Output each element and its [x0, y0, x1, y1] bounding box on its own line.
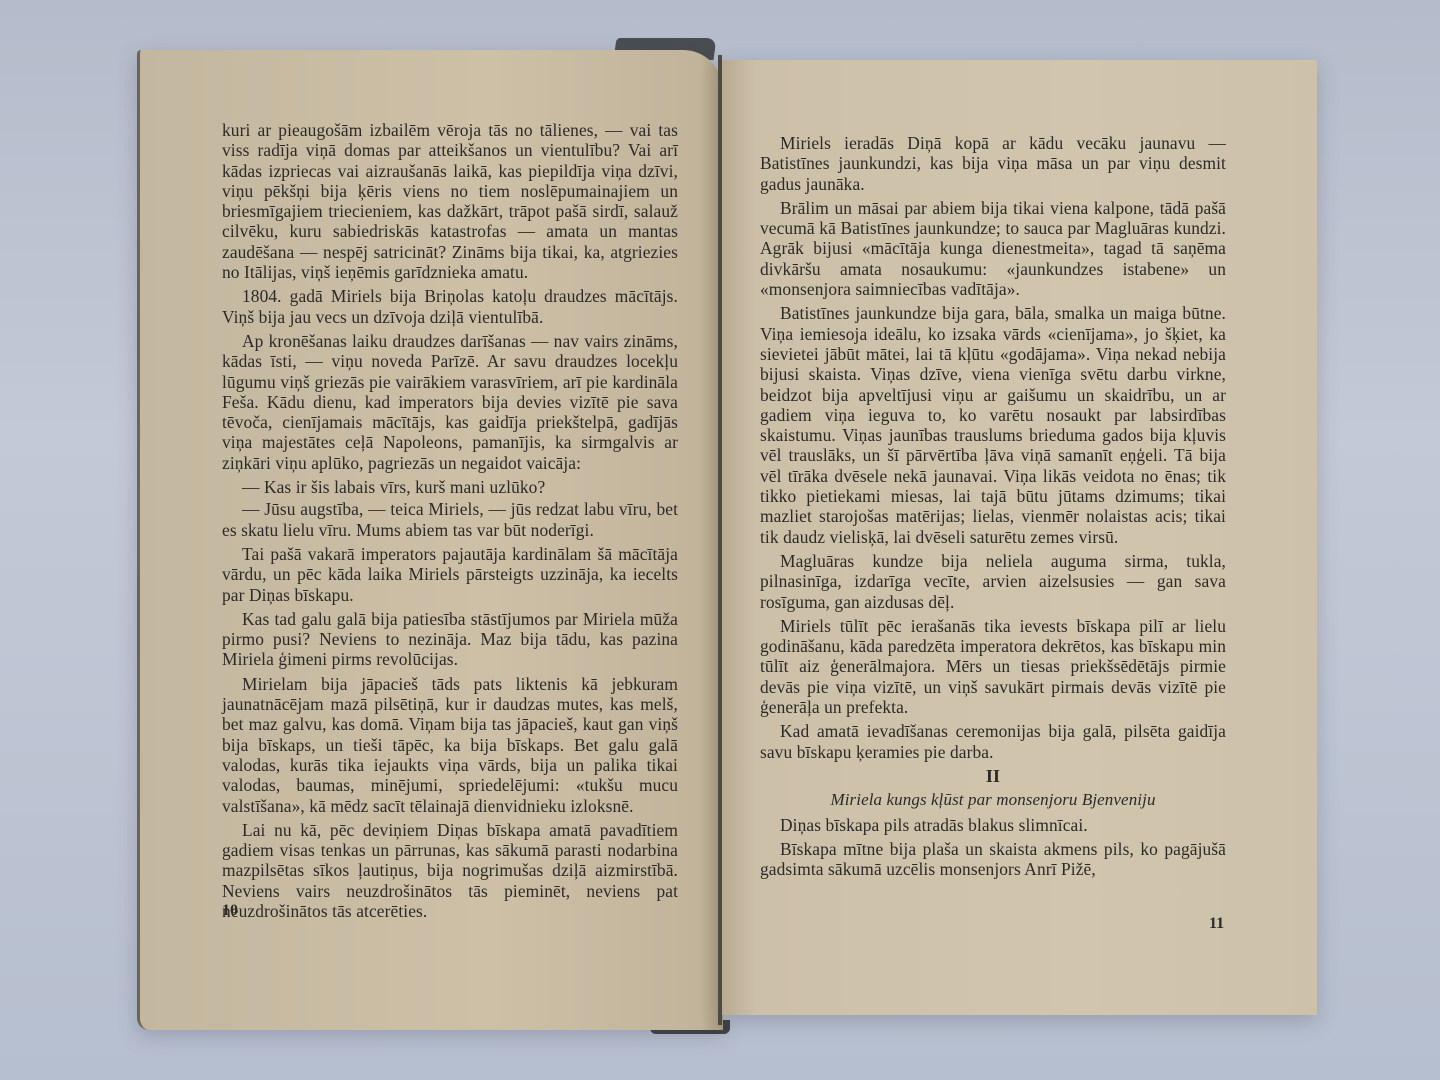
chapter-title: Miriela kungs kļūst par monsenjoru Bjenv…	[760, 790, 1226, 810]
left-page-text: kuri ar pieaugošām izbailēm vēroja tās n…	[222, 120, 678, 925]
dialog-line: — Jūsu augstība, — teica Miriels, — jūs …	[222, 499, 678, 540]
chapter-number: II	[760, 766, 1226, 786]
paragraph: Kad amatā ievadīšanas ceremonijas bija g…	[760, 721, 1226, 762]
book-gutter	[718, 55, 722, 1025]
paragraph: Bīskapa mītne bija plaša un skaista akme…	[760, 839, 1226, 880]
paragraph: Tai pašā vakarā imperators pajautāja kar…	[222, 544, 678, 605]
paragraph: kuri ar pieaugošām izbailēm vēroja tās n…	[222, 120, 678, 282]
paragraph: Magluāras kundze bija neliela auguma sir…	[760, 551, 1226, 612]
paragraph: Miriels tūlīt pēc ierašanās tika ievests…	[760, 616, 1226, 717]
paragraph: Brālim un māsai par abiem bija tikai vie…	[760, 198, 1226, 299]
page-number-right: 11	[1209, 915, 1224, 933]
right-page-text: Miriels ieradās Diņā kopā ar kādu vecāku…	[760, 133, 1226, 883]
paragraph: Lai nu kā, pēc deviņiem Diņas bīskapa am…	[222, 820, 678, 921]
paragraph: Miriels ieradās Diņā kopā ar kādu vecāku…	[760, 133, 1226, 194]
paragraph: Ap kronēšanas laiku draudzes darīšanas —…	[222, 331, 678, 473]
page-number-left: 10	[222, 902, 238, 920]
paragraph: Diņas bīskapa pils atradās blakus slimnī…	[760, 815, 1226, 835]
paragraph: Kas tad galu galā bija patiesība stāstīj…	[222, 609, 678, 670]
dialog-line: — Kas ir šis labais vīrs, kurš mani uzlū…	[222, 477, 678, 497]
paragraph: Mirielam bija jāpacieš tāds pats likteni…	[222, 674, 678, 816]
paragraph: Batistīnes jaunkundze bija gara, bāla, s…	[760, 303, 1226, 547]
paragraph: 1804. gadā Miriels bija Briņolas katoļu …	[222, 286, 678, 327]
